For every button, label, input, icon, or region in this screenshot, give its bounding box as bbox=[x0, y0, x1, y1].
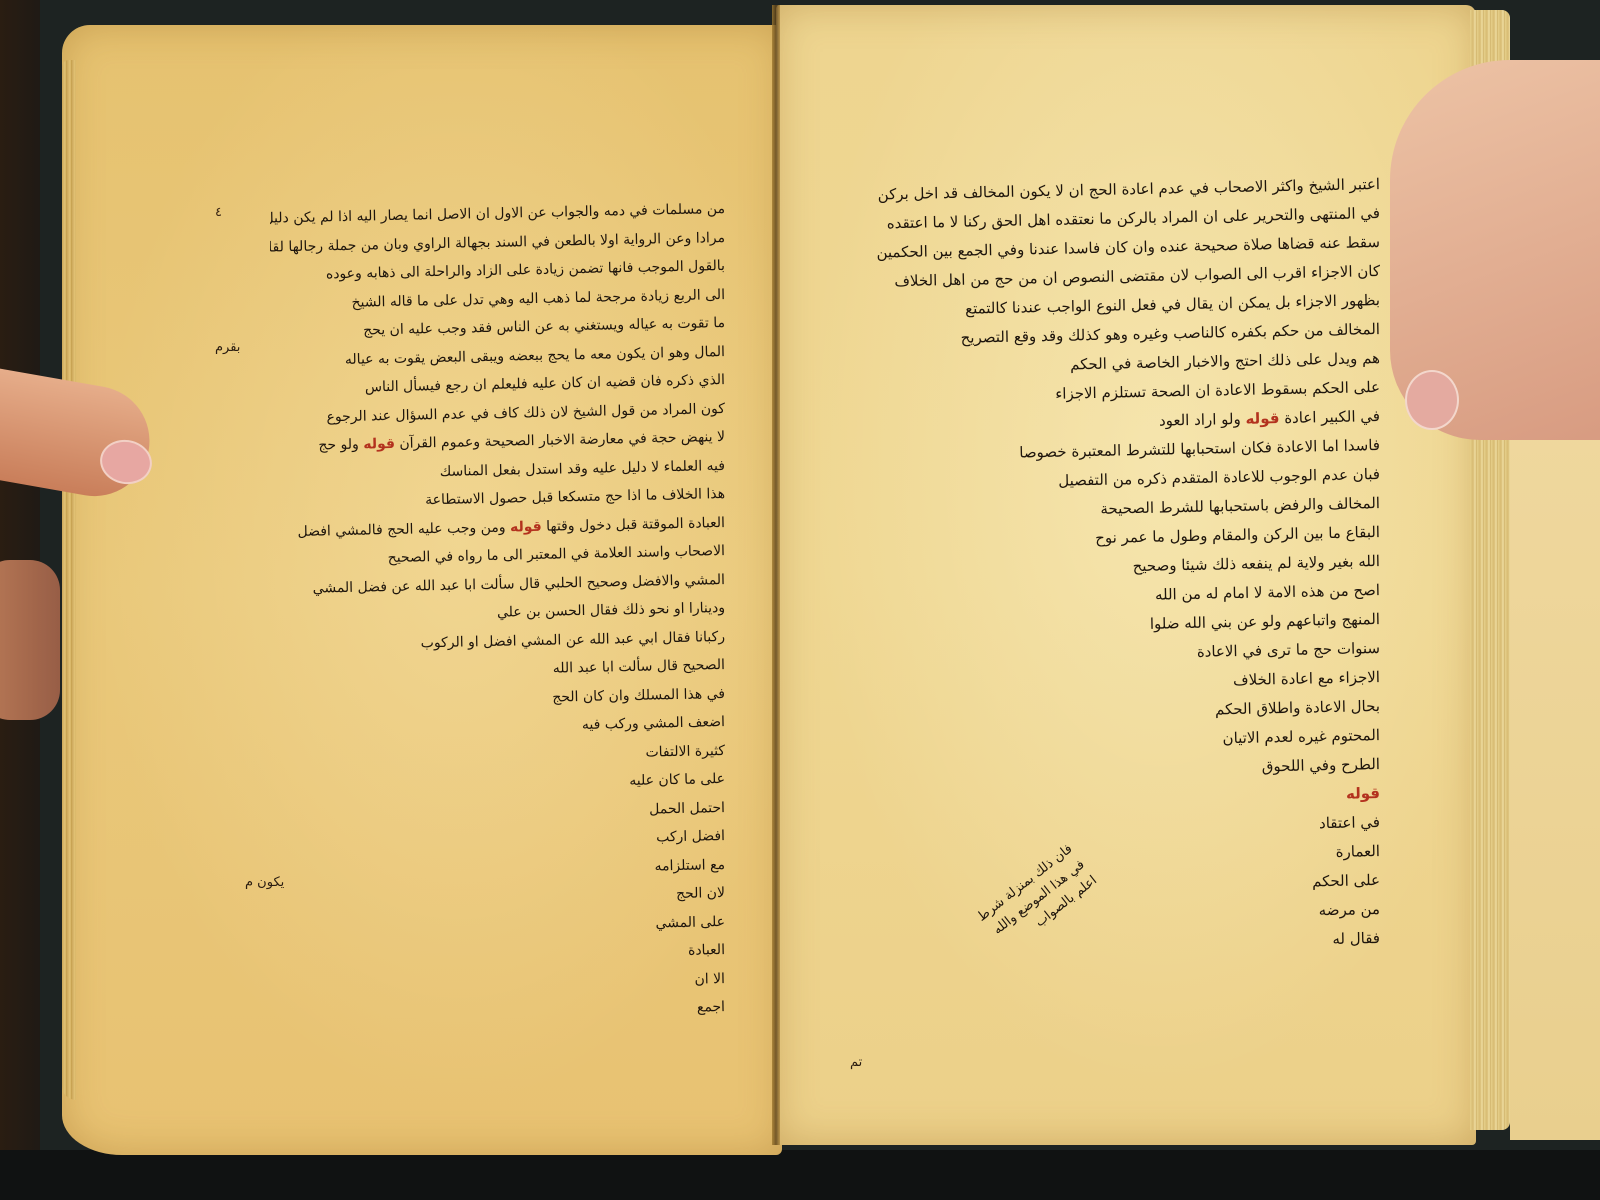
rubric-word: قوله bbox=[363, 436, 395, 453]
right-page-text: اعتبر الشيخ واكثر الاصحاب في عدم اعادة ا… bbox=[840, 170, 1380, 960]
rubric-word: قوله bbox=[1245, 409, 1279, 428]
rubric-word: قوله bbox=[510, 518, 542, 535]
right-thumbnail bbox=[1405, 370, 1459, 430]
catchword: تم bbox=[850, 1055, 862, 1070]
left-fingers bbox=[0, 560, 60, 720]
rubric-word: قوله bbox=[1346, 784, 1380, 803]
margin-note: بقرم bbox=[215, 340, 240, 355]
left-page-text: من مسلمات في دمه والجواب عن الاول ان الا… bbox=[270, 195, 725, 1015]
left-page-edges bbox=[62, 60, 76, 1100]
folio-mark: ٤ bbox=[215, 205, 222, 220]
table-surface bbox=[0, 1150, 1600, 1200]
book-gutter bbox=[772, 5, 780, 1145]
